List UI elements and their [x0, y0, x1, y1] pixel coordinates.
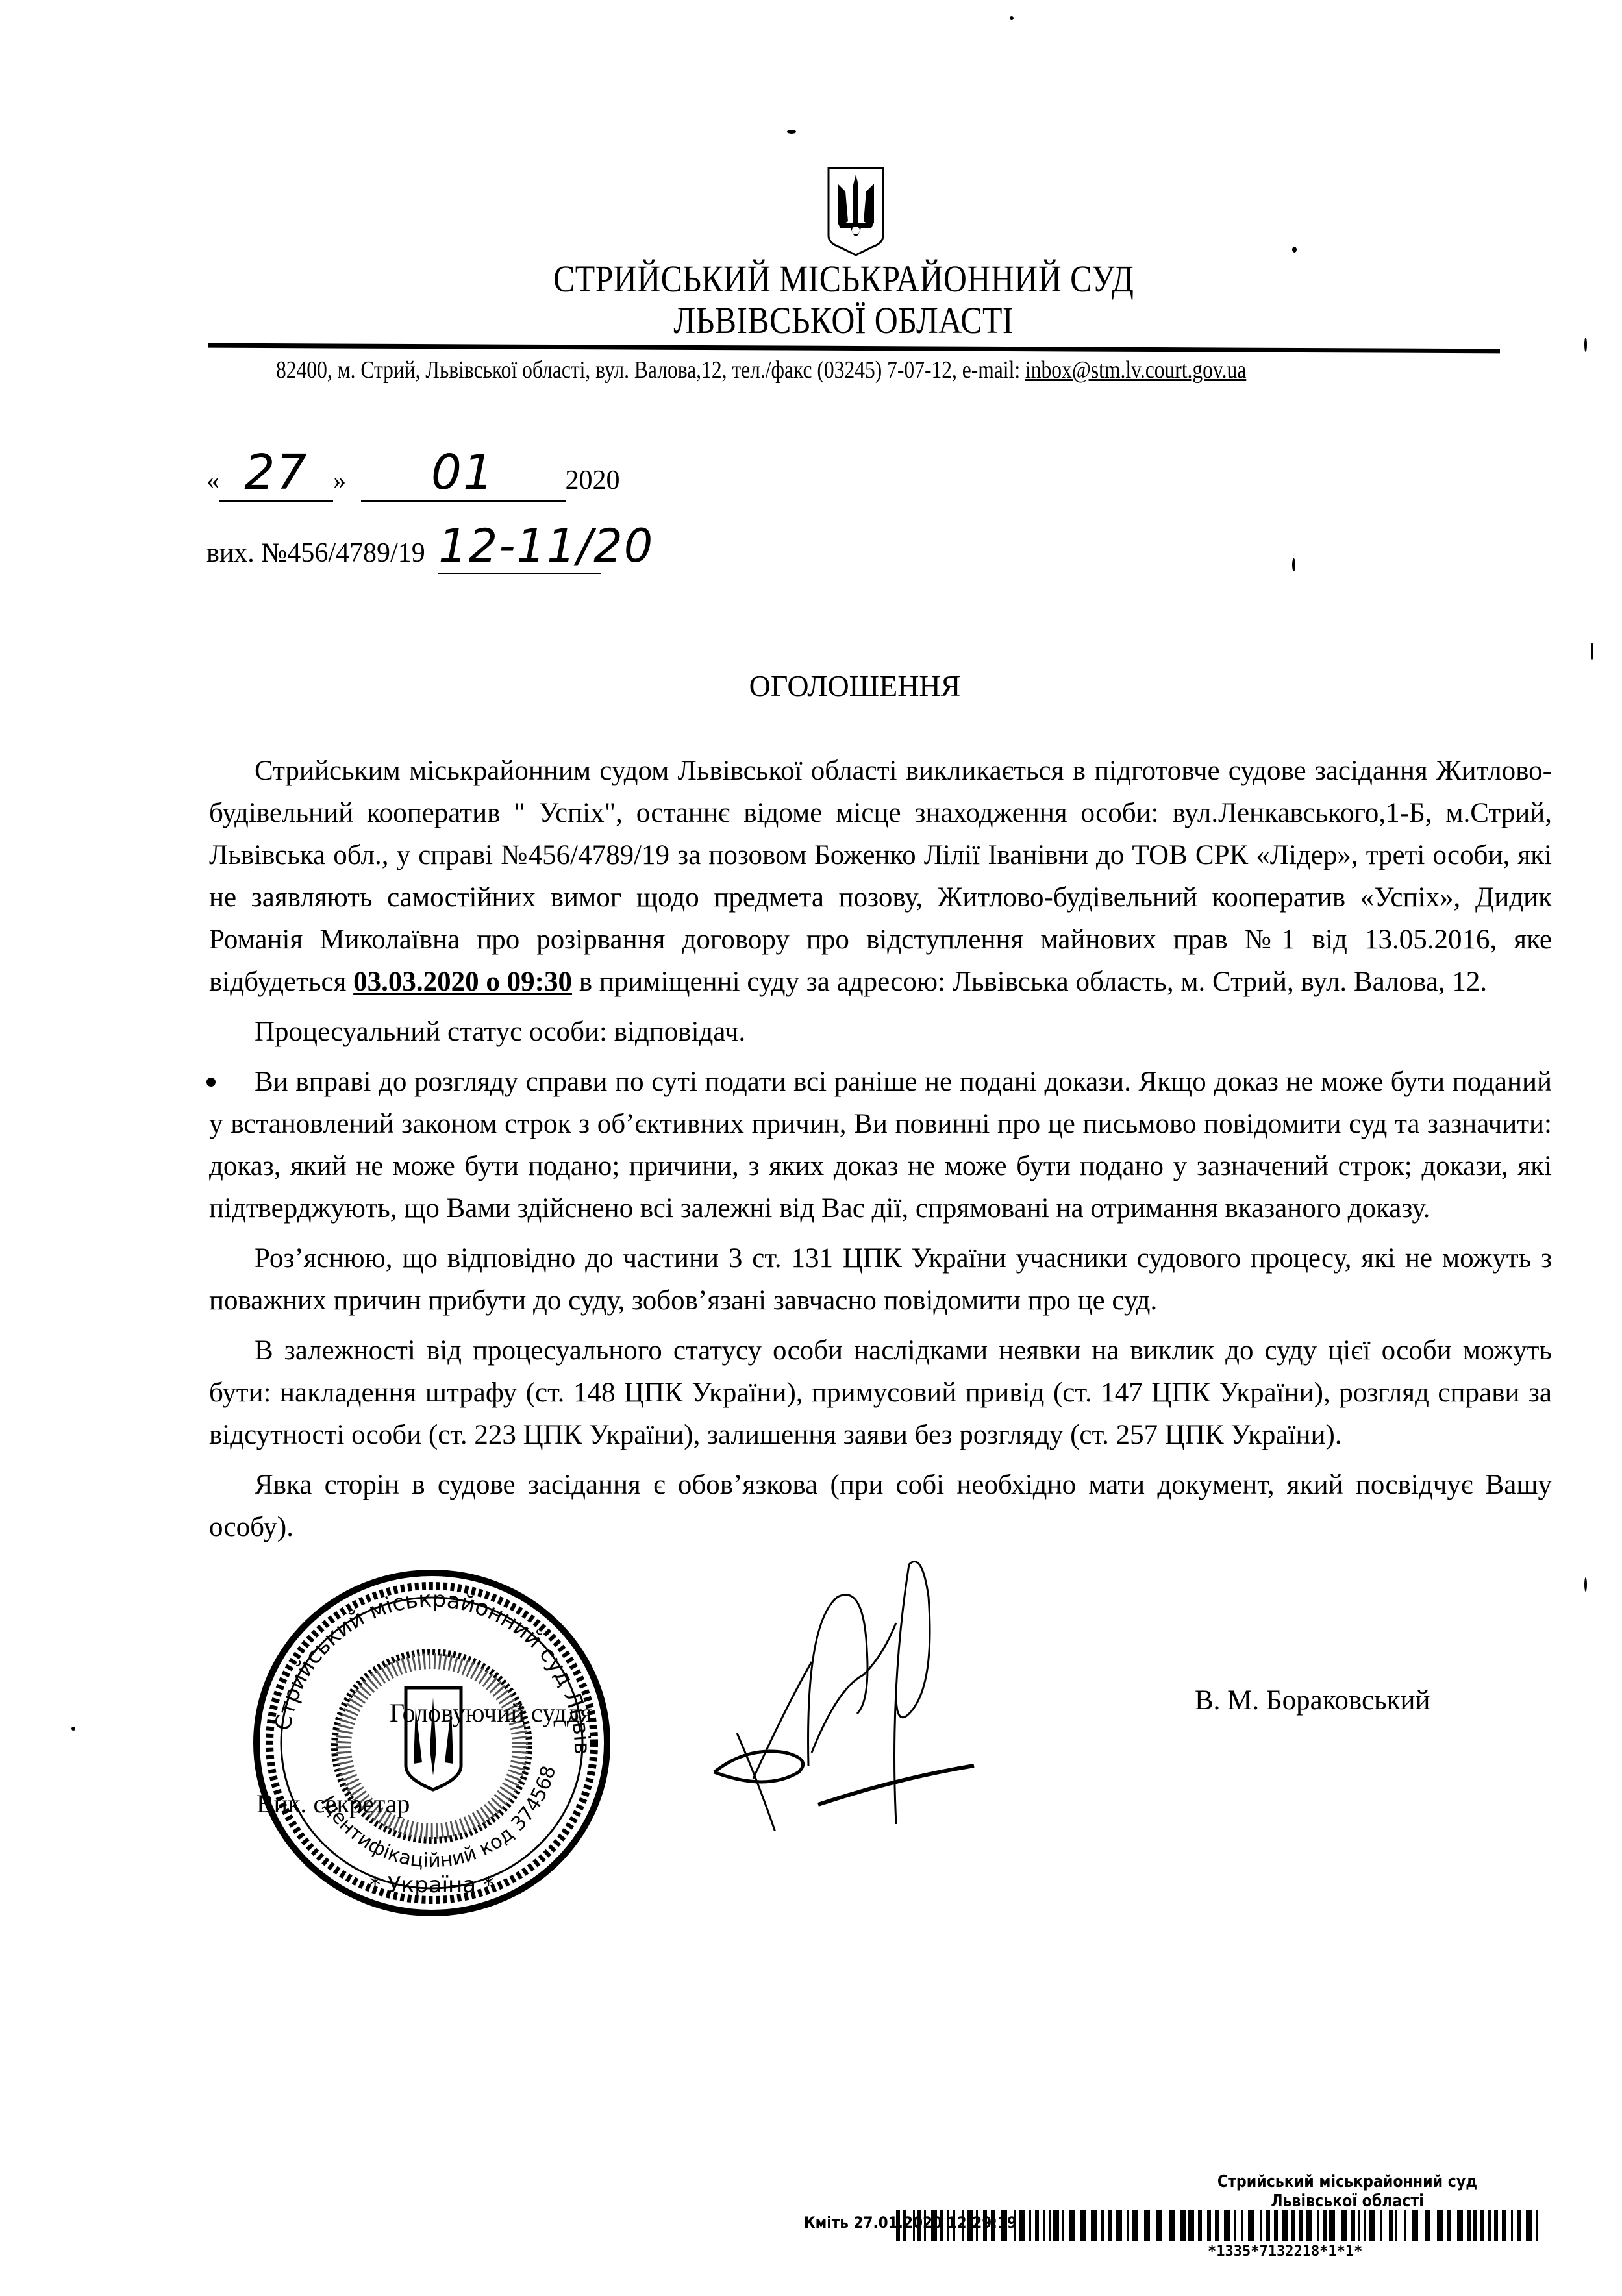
handwritten-signature [701, 1558, 1065, 1831]
barcode [896, 2210, 1545, 2241]
document-heading: ОГОЛОШЕННЯ [0, 669, 1622, 703]
scan-speck [787, 130, 796, 134]
scan-speck [1591, 643, 1593, 660]
barcode-number: *1335*7132218*1*1* [1208, 2243, 1362, 2260]
address-text: 82400, м. Стрий, Львівської області, вул… [276, 356, 1025, 384]
paragraph-evidence: Ви вправі до розгляду справи по суті под… [209, 1061, 1552, 1229]
paragraph-summons: Стрийським міськрайонним судом Львівсько… [209, 750, 1552, 1003]
court-name: СТРИЙСЬКИЙ МІСЬКРАЙОННИЙ СУД ЛЬВІВСЬКОЇ … [118, 258, 1513, 341]
close-quote: » [333, 465, 346, 495]
court-name-line1: СТРИЙСЬКИЙ МІСЬКРАЙОННИЙ СУД [118, 258, 1513, 300]
document-date: «27» 012020 [206, 445, 620, 502]
reference-label: вих. №456/4789/19 [206, 538, 425, 568]
handwritten-day: 27 [244, 445, 308, 500]
scan-speck [1584, 1577, 1587, 1592]
scan-speck [1010, 16, 1014, 20]
signer-name: В. М. Бораковський [1195, 1685, 1430, 1716]
presiding-judge-label: Головуючий суддя [390, 1697, 592, 1728]
scan-speck [1292, 247, 1297, 253]
paragraph-explanation: Роз’яснюю, що відповідно до частини 3 ст… [209, 1237, 1552, 1322]
scan-speck [1584, 338, 1587, 352]
paragraph-status: Процесуальний статус особи: відповідач. [209, 1011, 1552, 1053]
hearing-datetime: 03.03.2020 о 09:30 [353, 967, 572, 997]
announcement-body: Стрийським міськрайонним судом Львівсько… [209, 750, 1552, 1548]
registration-court: Стрийський міськрайонний суд Львівської … [1190, 2172, 1505, 2211]
scan-speck [1292, 558, 1295, 571]
email-link[interactable]: inbox@stm.lv.court.gov.ua [1025, 356, 1246, 384]
open-quote: « [206, 465, 219, 495]
handwritten-month: 01 [431, 445, 495, 500]
court-seal-icon: Стрийський міськрайонний суд Львівської … [243, 1555, 620, 1918]
header-divider [208, 343, 1500, 354]
year: 2020 [566, 465, 620, 495]
paragraph-attendance: Явка сторін в судове засідання є обов’яз… [209, 1464, 1552, 1548]
handwritten-reference: 12-11/20 [438, 519, 654, 573]
paragraph-consequences: В залежності від процесуального статусу … [209, 1329, 1552, 1456]
outgoing-reference: вих. №456/4789/19 12-11/20 [206, 519, 601, 574]
svg-text:* Україна *: * Україна * [369, 1872, 494, 1898]
scan-speck [71, 1727, 75, 1731]
court-address: 82400, м. Стрий, Львівської області, вул… [276, 356, 1246, 384]
secretary-label: Вик. секретар [256, 1788, 410, 1819]
court-name-line2: ЛЬВІВСЬКОЇ ОБЛАСТІ [118, 300, 1513, 341]
coat-of-arms-icon [826, 166, 886, 258]
